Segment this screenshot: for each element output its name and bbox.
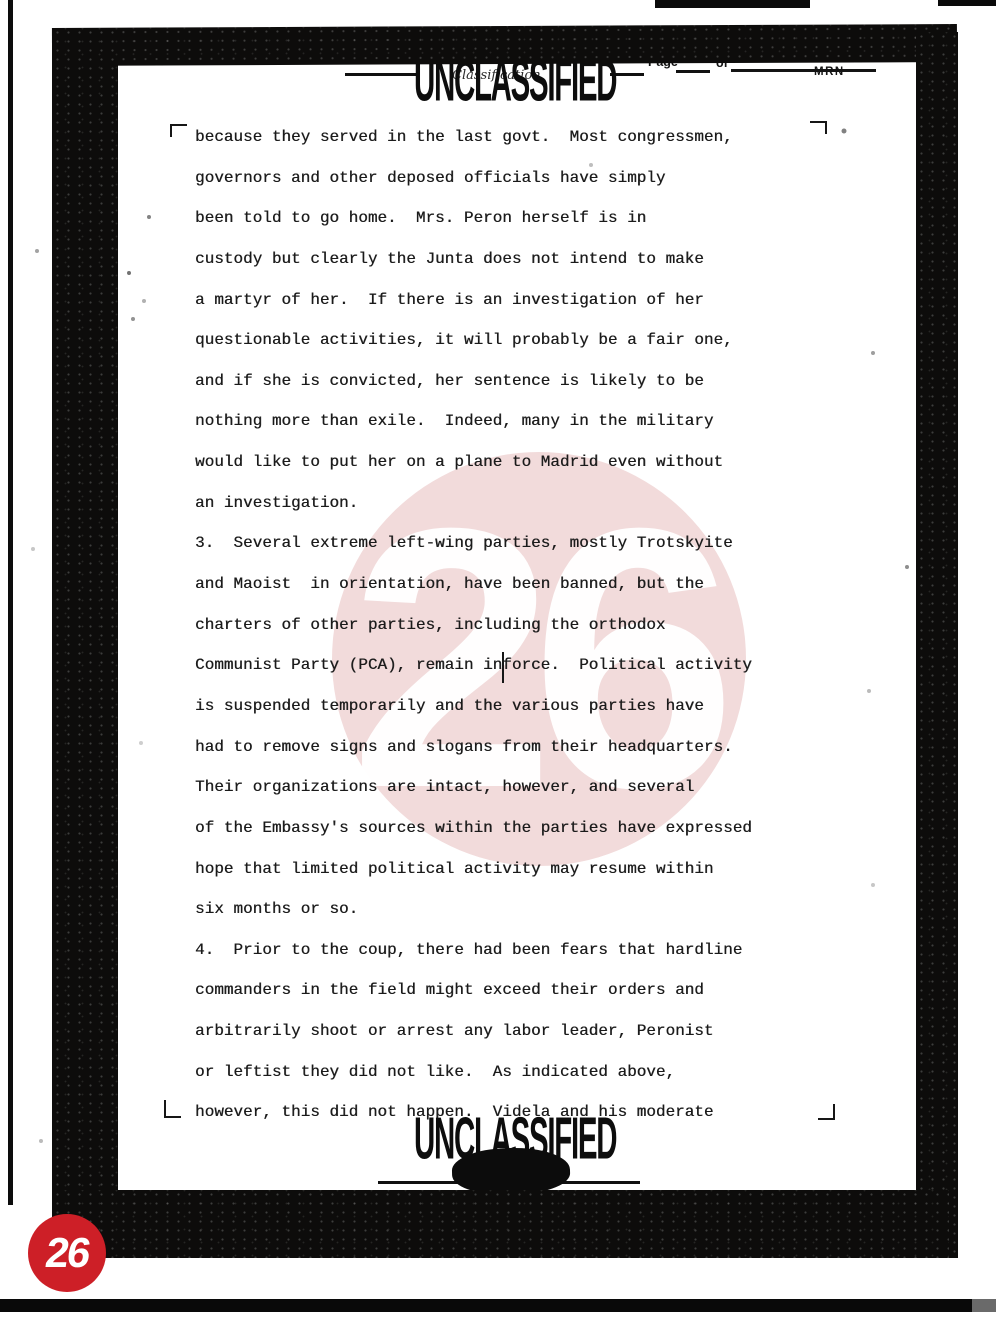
- text-line: is suspended temporarily and the various…: [195, 695, 795, 736]
- scan-border-bottom: [52, 1190, 949, 1258]
- crop-mark-top-left: [170, 124, 187, 137]
- text-line: because they served in the last govt. Mo…: [195, 126, 795, 167]
- page-number-underline: [676, 70, 710, 73]
- text-line: 3. Several extreme left-wing parties, mo…: [195, 532, 795, 573]
- text-line: and Maoist in orientation, have been ban…: [195, 573, 795, 614]
- text-line: or leftist they did not like. As indicat…: [195, 1061, 795, 1102]
- scan-border-left: [52, 28, 118, 1258]
- text-line: and if she is convicted, her sentence is…: [195, 370, 795, 411]
- text-line: would like to put her on a plane to Madr…: [195, 451, 795, 492]
- text-line: commanders in the field might exceed the…: [195, 979, 795, 1020]
- text-line: governors and other deposed officials ha…: [195, 167, 795, 208]
- scan-edge-line: [8, 0, 13, 1205]
- scanned-document-page: 26 Classification UNCLASSIFIED Page 5 of…: [0, 0, 996, 1320]
- scan-strip-bottom-nub: [972, 1299, 996, 1312]
- text-line: charters of other parties, including the…: [195, 614, 795, 655]
- text-line: Their organizations are intact, however,…: [195, 776, 795, 817]
- scan-noise-specks: [0, 0, 2, 2]
- text-line: an investigation.: [195, 492, 795, 533]
- mrn-label: MRN: [814, 66, 845, 78]
- crop-mark-bottom-right: [818, 1104, 835, 1120]
- text-line: been told to go home. Mrs. Peron herself…: [195, 207, 795, 248]
- text-line: 4. Prior to the coup, there had been fea…: [195, 939, 795, 980]
- scan-strip-bottom: [0, 1299, 996, 1312]
- text-line: hope that limited political activity may…: [195, 858, 795, 899]
- scan-border-top: [52, 24, 957, 66]
- text-line: questionable activities, it will probabl…: [195, 329, 795, 370]
- text-line: of the Embassy's sources within the part…: [195, 817, 795, 858]
- text-line: custody but clearly the Junta does not i…: [195, 248, 795, 289]
- scan-strip-top: [655, 0, 810, 8]
- text-line: arbitrarily shoot or arrest any labor le…: [195, 1020, 795, 1061]
- channel-26-logo: 26: [28, 1214, 106, 1292]
- crop-mark-top-right: [810, 121, 827, 134]
- redaction-blob: [451, 1146, 570, 1195]
- typewritten-text-block: because they served in the last govt. Mo…: [195, 126, 795, 1142]
- page-total-underline: [731, 69, 876, 72]
- stamp-strike-line-left: [345, 73, 420, 76]
- insertion-caret-mark: [502, 652, 504, 683]
- logo-digits: 26: [42, 1229, 91, 1277]
- text-line: Communist Party (PCA), remain inforce. P…: [195, 654, 795, 695]
- text-line: nothing more than exile. Indeed, many in…: [195, 410, 795, 451]
- text-line: a martyr of her. If there is an investig…: [195, 289, 795, 330]
- crop-mark-bottom-left: [164, 1100, 181, 1118]
- scan-border-right: [916, 32, 958, 1258]
- scan-strip-top-corner: [938, 0, 996, 6]
- text-line: six months or so.: [195, 898, 795, 939]
- text-line: had to remove signs and slogans from the…: [195, 736, 795, 777]
